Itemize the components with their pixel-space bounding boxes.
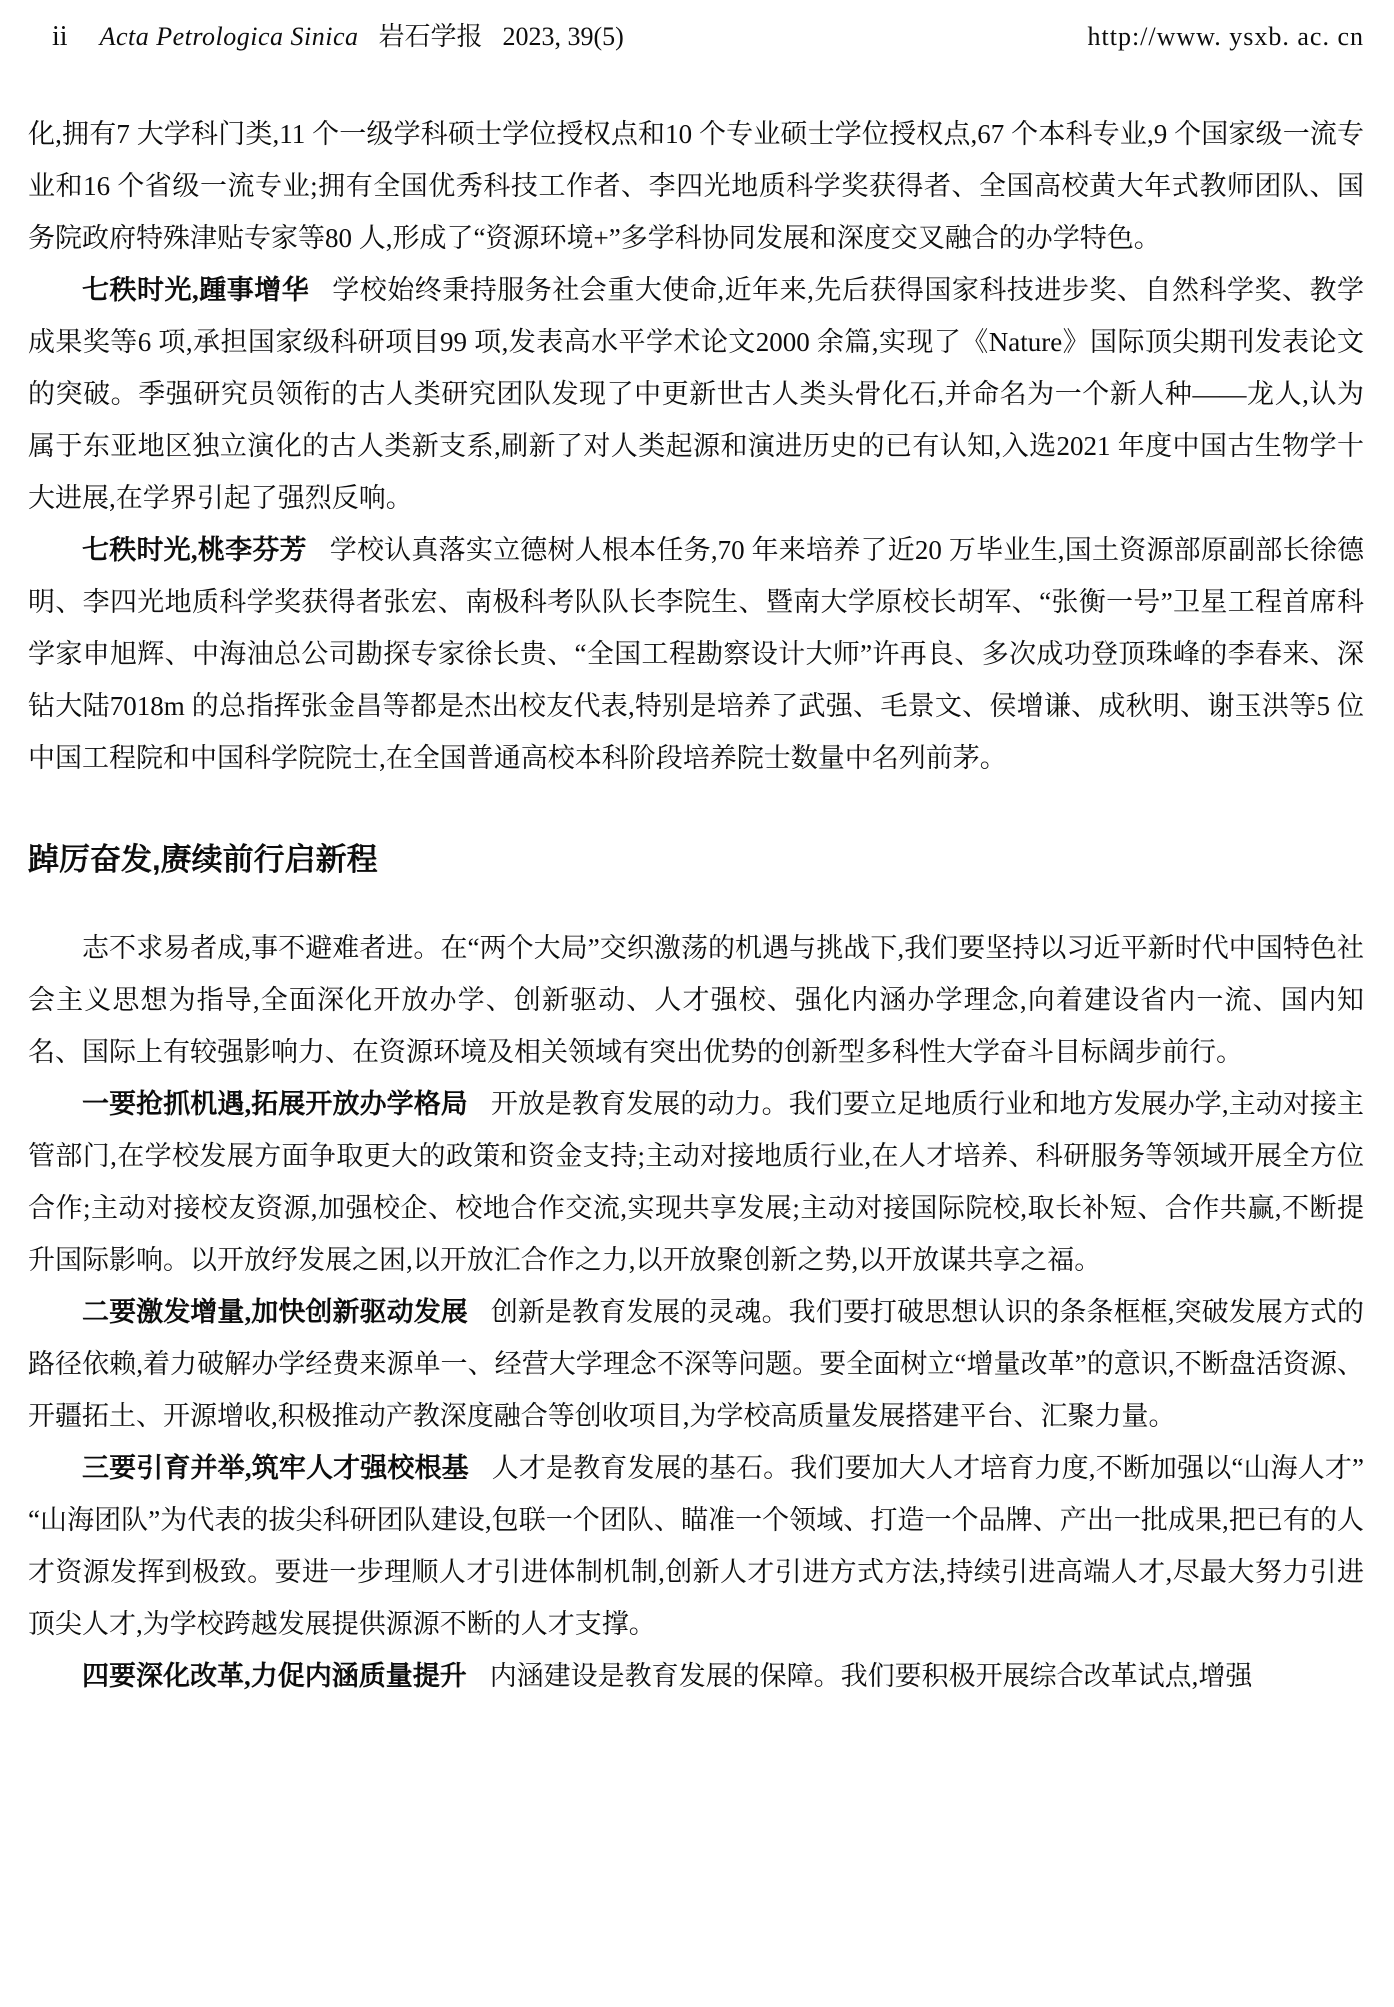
section-heading: 踔厉奋发,赓续前行启新程 [28,842,1364,878]
paragraph-text: 学校认真落实立德树人根本任务,70 年来培养了近20 万毕业生,国土资源部原副部… [28,535,1364,773]
paragraph-text: 化,拥有7 大学科门类,11 个一级学科硕士学位授权点和10 个专业硕士学位授权… [28,119,1364,253]
paragraph: 志不求易者成,事不避难者进。在“两个大局”交织激荡的机遇与挑战下,我们要坚持以习… [28,922,1364,1078]
issue-info: 2023, 39(5) [503,22,624,52]
paragraph: 三要引育并举,筑牢人才强校根基人才是教育发展的基石。我们要加大人才培育力度,不断… [28,1442,1364,1650]
paragraph: 四要深化改革,力促内涵质量提升内涵建设是教育发展的保障。我们要积极开展综合改革试… [28,1650,1364,1702]
paragraph: 二要激发增量,加快创新驱动发展创新是教育发展的灵魂。我们要打破思想认识的条条框框… [28,1286,1364,1442]
paragraph-lead: 二要激发增量,加快创新驱动发展 [82,1297,468,1327]
paragraph: 一要抢抓机遇,拓展开放办学格局开放是教育发展的动力。我们要立足地质行业和地方发展… [28,1078,1364,1286]
header-left-group: ii Acta Petrologica Sinica 岩石学报 2023, 39… [28,22,624,52]
paragraph-lead: 一要抢抓机遇,拓展开放办学格局 [82,1089,468,1119]
paragraph-lead: 七秩时光,踵事增华 [82,275,309,305]
journal-url: http://www. ysxb. ac. cn [1088,22,1365,51]
paragraph: 化,拥有7 大学科门类,11 个一级学科硕士学位授权点和10 个专业硕士学位授权… [28,108,1364,264]
paragraph-lead: 七秩时光,桃李芬芳 [82,535,307,565]
paragraph-text: 学校始终秉持服务社会重大使命,近年来,先后获得国家科技进步奖、自然科学奖、教学成… [28,275,1364,513]
page-body: 化,拥有7 大学科门类,11 个一级学科硕士学位授权点和10 个专业硕士学位授权… [28,108,1364,1702]
paragraph: 七秩时光,桃李芬芳学校认真落实立德树人根本任务,70 年来培养了近20 万毕业生… [28,524,1364,784]
journal-title-latin: Acta Petrologica Sinica [100,22,359,52]
page-header: ii Acta Petrologica Sinica 岩石学报 2023, 39… [28,22,1364,52]
paragraph-lead: 三要引育并举,筑牢人才强校根基 [82,1453,469,1483]
journal-page: ii Acta Petrologica Sinica 岩石学报 2023, 39… [0,0,1394,2007]
journal-title-cn: 岩石学报 [378,22,482,52]
page-number: ii [52,22,68,52]
paragraph-lead: 四要深化改革,力促内涵质量提升 [82,1661,467,1691]
paragraph-text: 内涵建设是教育发展的保障。我们要积极开展综合改革试点,增强 [490,1661,1253,1691]
paragraph: 七秩时光,踵事增华学校始终秉持服务社会重大使命,近年来,先后获得国家科技进步奖、… [28,264,1364,524]
paragraph-text: 志不求易者成,事不避难者进。在“两个大局”交织激荡的机遇与挑战下,我们要坚持以习… [28,933,1364,1067]
header-right-group: http://www. ysxb. ac. cn [1088,22,1365,52]
